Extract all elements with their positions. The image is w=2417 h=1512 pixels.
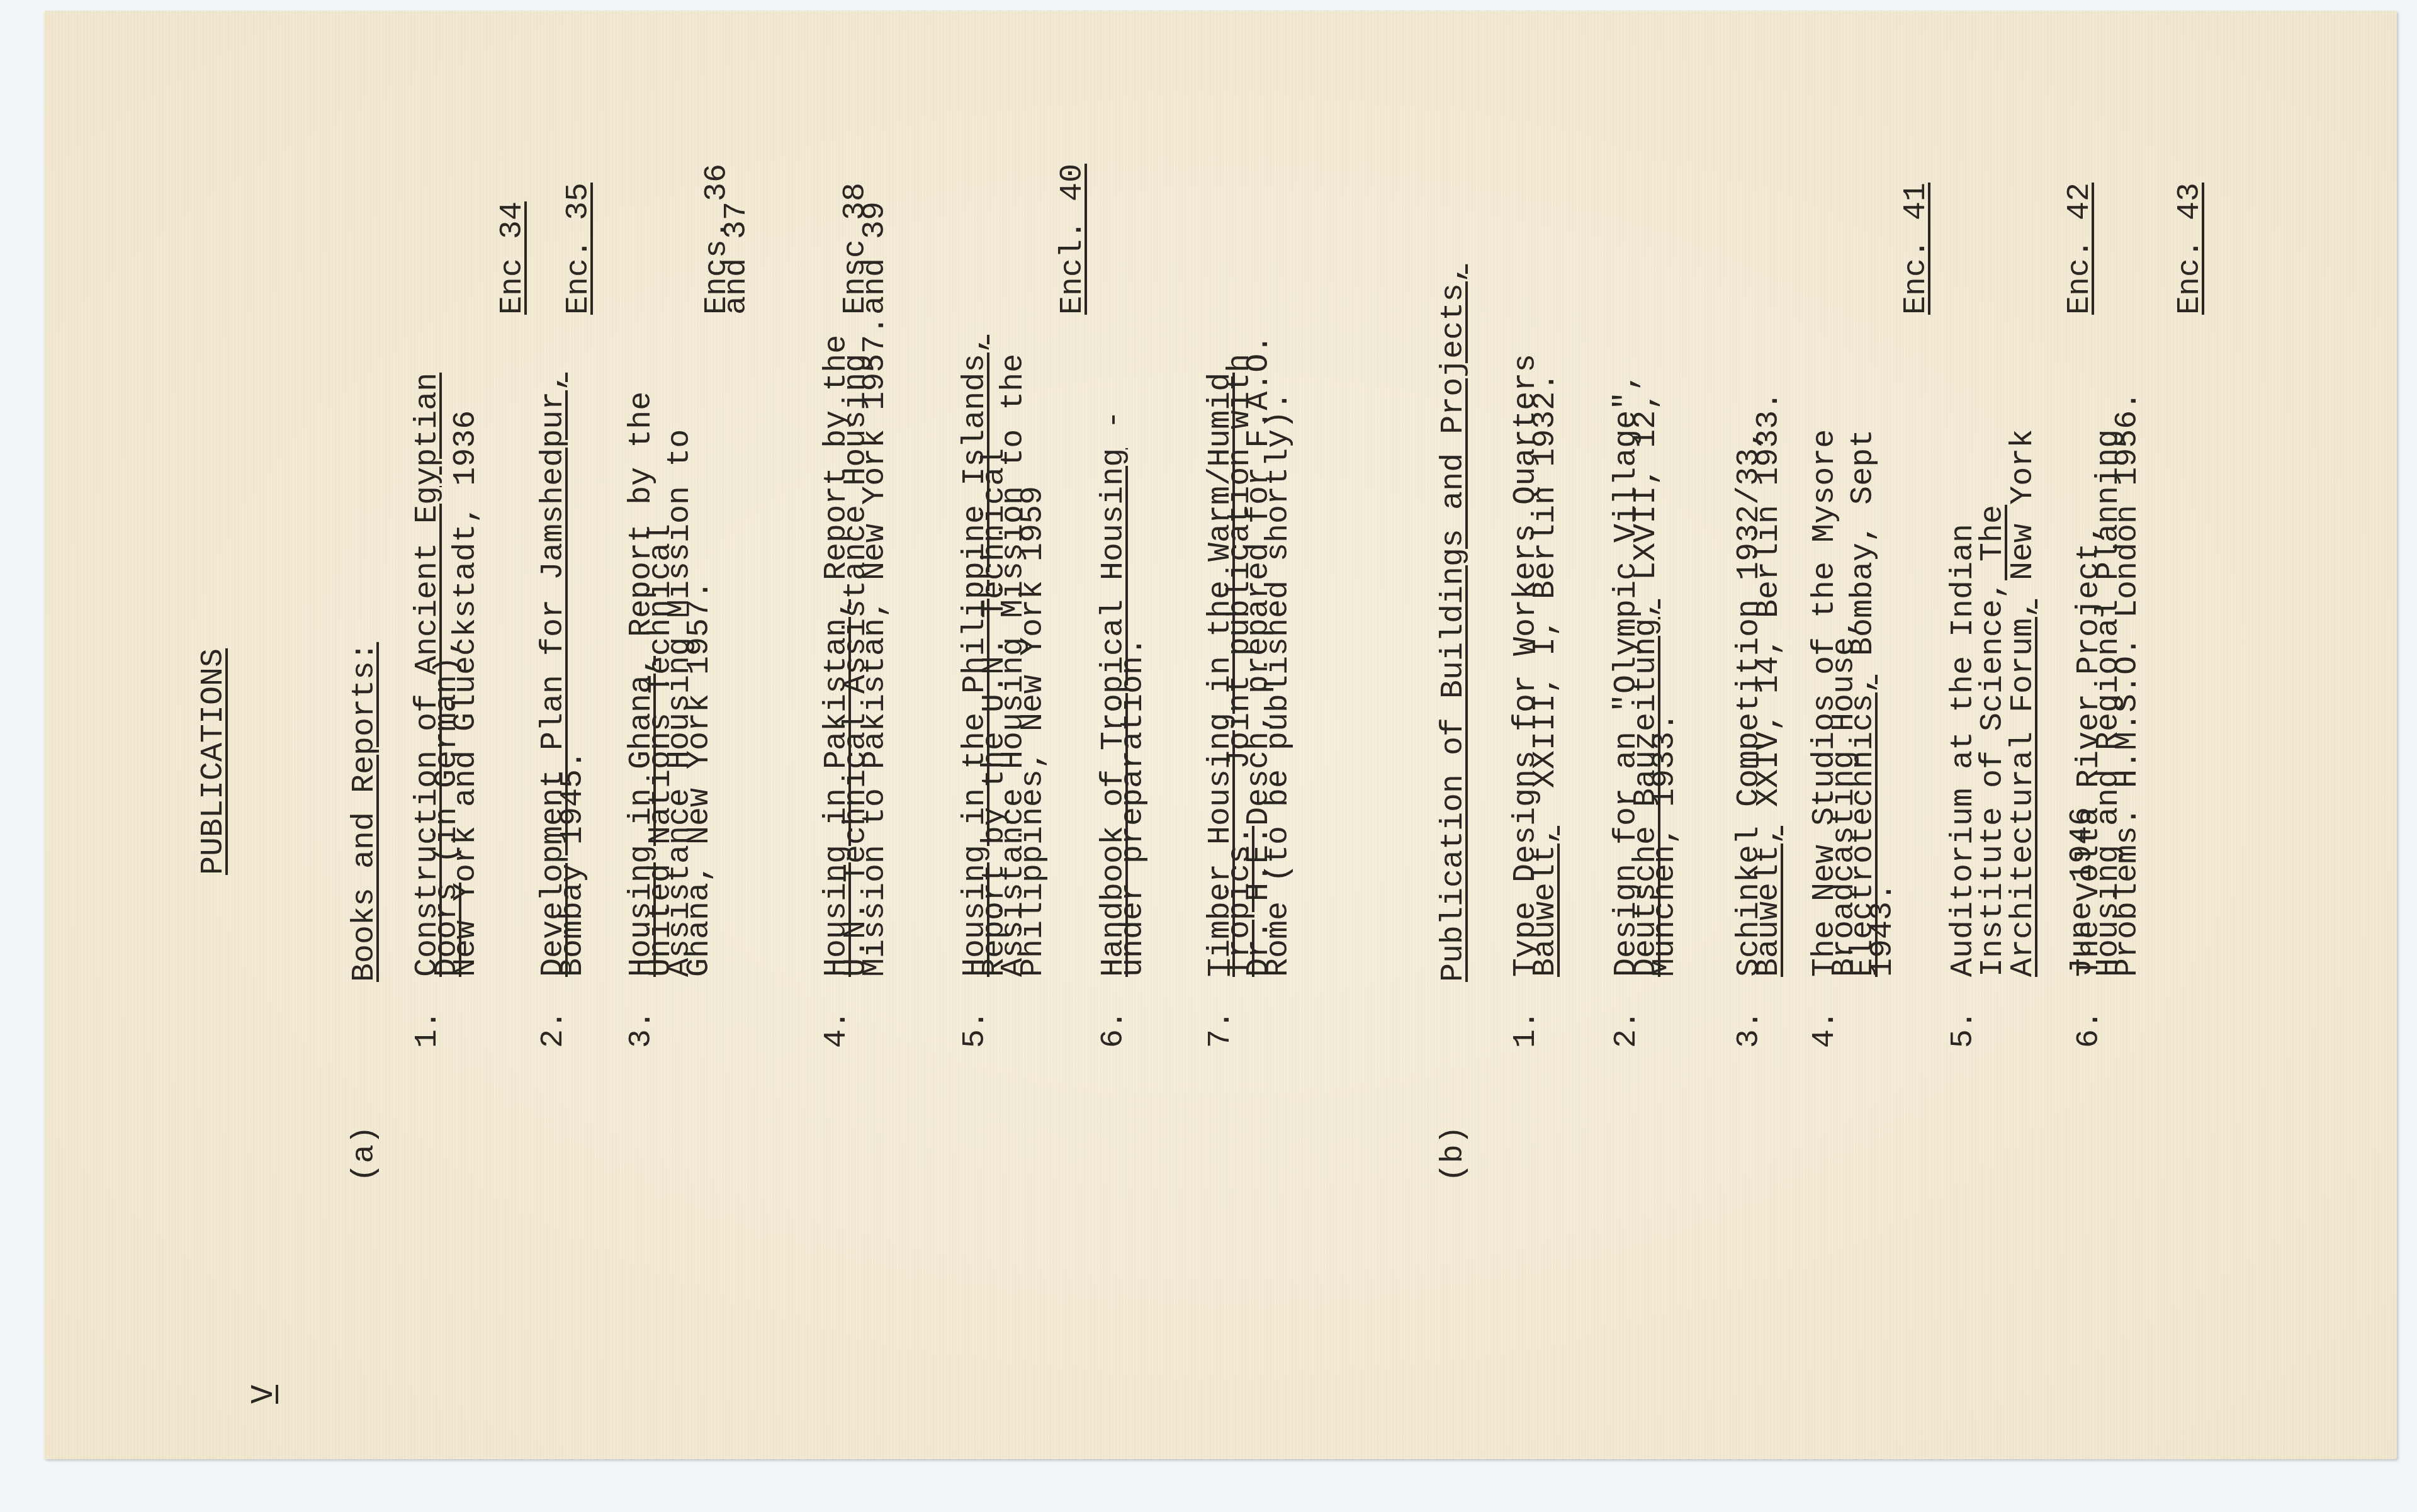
text-segment: under preparation.: [1115, 637, 1151, 977]
item-text-line: Bauwelt, XXIV, 14, Berlin 1933.: [1754, 392, 1785, 977]
item-number: 2.: [538, 1010, 570, 1048]
enclosure-reference: Enc. 41: [1901, 183, 1932, 315]
enclosure-reference: and 39: [860, 201, 891, 315]
item-text-line: Ghana, New York 1957.: [684, 580, 716, 977]
text-segment: Ghana, New York 1957.: [682, 580, 718, 977]
item-text-line: Bauwelt, XXIII, I, Berlin 1932.: [1530, 373, 1562, 977]
section-b-label: (b): [1438, 1126, 1470, 1182]
item-text-line: Munchen, 1933.: [1650, 713, 1681, 977]
item-number: 1.: [412, 1010, 444, 1048]
item-number: 2.: [1611, 1010, 1643, 1048]
item-text-line: Problems. H.M.S.O. London 1956.: [2112, 392, 2144, 977]
item-text-line: under preparation.: [1118, 637, 1149, 977]
text-segment: Philippines, New York 1959: [1015, 486, 1051, 977]
item-number: 3.: [626, 1010, 658, 1048]
item-number: 3.: [1734, 1010, 1766, 1048]
text-segment: LXVII, 12,: [1628, 392, 1664, 599]
item-text-line: New York and Glueckstadt, 1936: [451, 410, 482, 977]
text-segment: Bombay, Sept: [1845, 429, 1881, 675]
section-marker: V: [249, 1385, 280, 1404]
item-text-line: Bombay 1945.: [558, 750, 589, 977]
item-text-line: Rome (to be published shortly).: [1263, 392, 1295, 977]
text-segment: H.M.S.O. London 1956.: [2110, 392, 2146, 807]
item-number: 1.: [1511, 1010, 1542, 1048]
enclosure-reference: Encl. 40: [1057, 164, 1089, 315]
item-text-line: Philippines, New York 1959: [1018, 486, 1049, 977]
document-page: V PUBLICATIONS (a) Books and Reports: (b…: [44, 11, 2397, 1459]
page-rotated-frame: V PUBLICATIONS (a) Books and Reports: (b…: [44, 11, 2397, 1459]
section-a-label: (a): [349, 1126, 381, 1182]
text-segment: -: [1096, 410, 1132, 448]
item-number: 5.: [960, 1010, 991, 1048]
text-segment: New York and Glueckstadt, 1936: [448, 410, 484, 977]
text-segment: Problems.: [2110, 807, 2146, 977]
section-a-heading: Books and Reports:: [349, 642, 381, 982]
text-segment: Mission to Pakistan, New York 1957.: [857, 316, 893, 977]
enclosure-reference: and 37: [721, 201, 753, 315]
item-number: 5.: [1948, 1010, 1980, 1048]
item-number: 4.: [821, 1010, 853, 1048]
item-number: 7.: [1205, 1010, 1237, 1048]
section-b-heading: Publication of Buildings and Projects,: [1438, 264, 1470, 982]
item-number: 6.: [1098, 1010, 1130, 1048]
text-segment: New York: [2005, 429, 2041, 599]
text-segment: Rome (to be published shortly).: [1261, 392, 1297, 977]
item-text-line: Mission to Pakistan, New York 1957.: [860, 316, 891, 977]
underlined-title: Bauwelt,: [1528, 826, 1563, 977]
underlined-title: Bauwelt,: [1751, 826, 1787, 977]
page-title: PUBLICATIONS: [198, 648, 230, 875]
text-segment: 1933.: [1647, 713, 1683, 826]
underlined-title: Architectural Forum,: [2005, 599, 2041, 977]
item-number: 4.: [1810, 1010, 1841, 1048]
item-text-line: 1943.: [1868, 883, 1899, 977]
enclosure-reference: Enc. 35: [563, 183, 595, 315]
text-segment: XXIII, I, Berlin 1932.: [1528, 373, 1563, 826]
text-segment: Bombay 1945.: [555, 750, 591, 977]
enclosure-reference: Enc. 43: [2175, 183, 2206, 315]
text-segment: 1943.: [1865, 883, 1901, 977]
item-text-line: Architectural Forum, New York: [2008, 429, 2039, 977]
text-segment: XXIV, 14, Berlin 1933.: [1751, 392, 1787, 826]
item-number: 6.: [2074, 1010, 2105, 1048]
text-segment: Munchen,: [1647, 826, 1683, 977]
enclosure-reference: Enc 34: [497, 201, 529, 315]
enclosure-reference: Enc. 42: [2065, 183, 2096, 315]
